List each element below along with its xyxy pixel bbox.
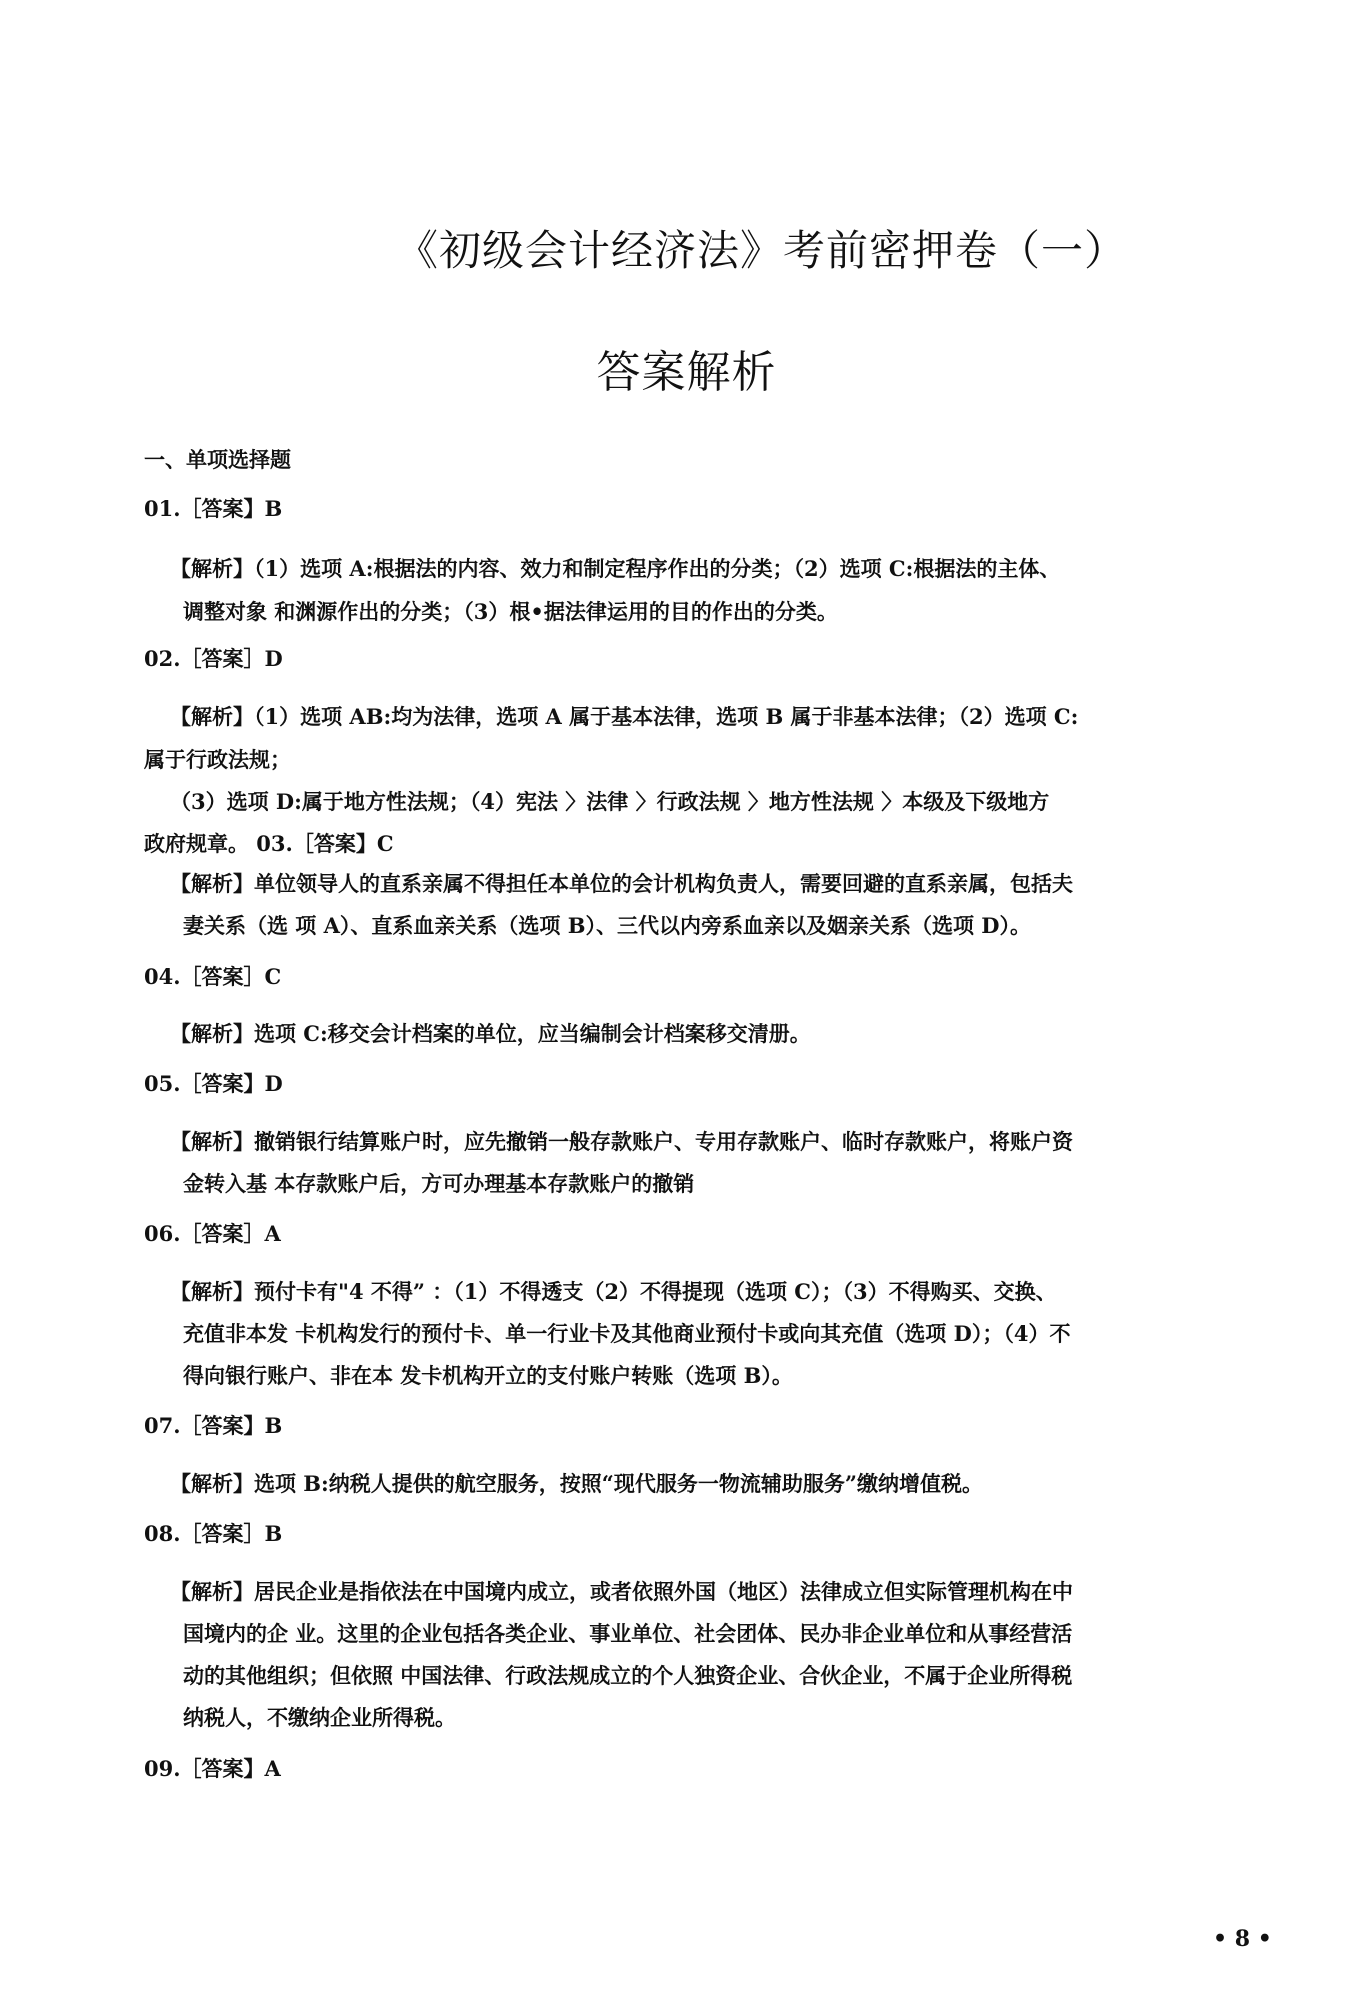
explanation-line: 调整对象 和渊源作出的分类；（3）根•据法律运用的目的作出的分类。 (183, 598, 838, 626)
answer-line: 01.［答案】B (144, 495, 282, 523)
explanation-line: 金转入基 本存款账户后，方可办理基本存款账户的撤销 (183, 1170, 694, 1198)
answer-line: 06.［答案］A (144, 1220, 281, 1248)
explanation-line: 【解析】撤销银行结算账户时，应先撤销一般存款账户、专用存款账户、临时存款账户，将… (170, 1128, 1073, 1156)
explanation-line: 【解析】选项 C:移交会计档案的单位，应当编制会计档案移交清册。 (170, 1020, 811, 1048)
explanation-line: 【解析】预付卡有"4 不得” ：（1）不得透支（2）不得提现（选项 C）；（3）… (170, 1278, 1057, 1306)
explanation-line: 纳税人，不缴纳企业所得税。 (183, 1704, 456, 1732)
explanation-line: 妻关系（选 项 A）、直系血亲关系（选项 B）、三代以内旁系血亲以及姻亲关系（选… (183, 912, 1031, 940)
answer-line: 09.［答案】A (144, 1755, 281, 1783)
document-page: 《初级会计经济法》考前密押卷（一） 答案解析 一、单项选择题 01.［答案】B【… (0, 0, 1353, 2010)
explanation-line: 【解析】（1）选项 AB:均为法律，选项 A 属于基本法律，选项 B 属于非基本… (170, 703, 1078, 731)
document-title: 《初级会计经济法》考前密押卷（一） (0, 218, 1353, 278)
answer-line: 政府规章。 03.［答案】C (144, 830, 394, 858)
page-number: • 8 • (1213, 1926, 1272, 1952)
answer-line: 02.［答案］D (144, 645, 283, 673)
explanation-line: 【解析】单位领导人的直系亲属不得担任本单位的会计机构负责人，需要回避的直系亲属，… (170, 870, 1073, 898)
explanation-line: 得向银行账户、非在本 发卡机构开立的支付账户转账（选项 B）。 (183, 1362, 793, 1390)
explanation-line: 充值非本发 卡机构发行的预付卡、单一行业卡及其他商业预付卡或向其充值（选项 D）… (183, 1320, 1070, 1348)
explanation-line: 动的其他组织；但依照 中国法律、行政法规成立的个人独资企业、合伙企业，不属于企业… (183, 1662, 1072, 1690)
answer-line: 04.［答案］C (144, 963, 281, 991)
explanation-line: （3）选项 D:属于地方性法规；（4）宪法 〉法律 〉行政法规 〉地方性法规 〉… (170, 788, 1049, 816)
explanation-line: 属于行政法规； (144, 746, 291, 774)
answer-line: 08.［答案］B (144, 1520, 282, 1548)
answer-line: 05.［答案】D (144, 1070, 283, 1098)
document-subtitle: 答案解析 (0, 336, 1353, 400)
explanation-line: 【解析】选项 B:纳税人提供的航空服务，按照“现代服务一物流辅助服务”缴纳增值税… (170, 1470, 983, 1498)
explanation-line: 国境内的企 业。这里的企业包括各类企业、事业单位、社会团体、民办非企业单位和从事… (183, 1620, 1072, 1648)
explanation-line: 【解析】（1）选项 A:根据法的内容、效力和制定程序作出的分类；（2）选项 C:… (170, 555, 1060, 583)
explanation-line: 【解析】居民企业是指依法在中国境内成立，或者依照外国（地区）法律成立但实际管理机… (170, 1578, 1073, 1606)
section-heading: 一、单项选择题 (144, 446, 291, 474)
answer-line: 07.［答案】B (144, 1412, 282, 1440)
